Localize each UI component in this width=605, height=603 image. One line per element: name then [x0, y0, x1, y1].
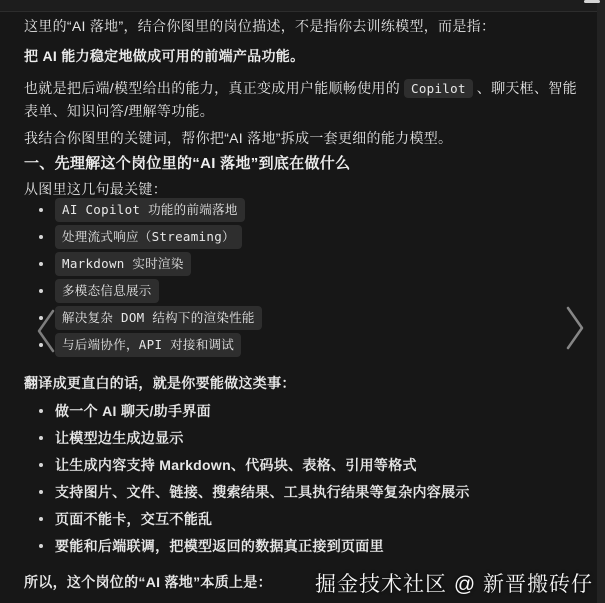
paragraph-transition: 我结合你图里的关键词，帮你把“AI 落地”拆成一套更细的能力模型。: [24, 127, 591, 150]
list-item: 处理流式响应（Streaming）: [24, 225, 591, 249]
list-item-text: 让模型边生成边显示: [55, 428, 184, 448]
list-item-text: 要能和后端联调，把模型返回的数据真正接到页面里: [55, 536, 384, 556]
right-panel-edge: [597, 0, 605, 603]
inline-code-item: Markdown 实时渲染: [55, 252, 191, 276]
inline-code-item: AI Copilot 功能的前端落地: [55, 198, 245, 222]
bullet-dot-icon: [39, 235, 43, 239]
chevron-left-icon: [35, 308, 57, 354]
top-divider-bar: [0, 0, 605, 12]
list-item: 要能和后端联调，把模型返回的数据真正接到页面里: [24, 536, 591, 556]
scrollbar-thumb[interactable]: [584, 0, 600, 3]
bullet-dot-icon: [39, 262, 43, 266]
list-item: Markdown 实时渲染: [24, 252, 591, 276]
list-item: AI Copilot 功能的前端落地: [24, 198, 591, 222]
bullet-dot-icon: [39, 289, 43, 293]
next-arrow-button[interactable]: [562, 303, 588, 353]
watermark: 掘金技术社区 @ 新晋搬砖仔: [315, 568, 593, 598]
list-item-text: 让生成内容支持 Markdown、代码块、表格、引用等格式: [55, 455, 417, 475]
bullet-dot-icon: [39, 409, 43, 413]
list-item: 做一个 AI 聊天/助手界面: [24, 401, 591, 421]
list-item-text: 支持图片、文件、链接、搜索结果、工具执行结果等复杂内容展示: [55, 482, 470, 502]
section-heading: 一、先理解这个岗位里的“AI 落地”到底在做什么: [24, 152, 591, 175]
list-item-text: 做一个 AI 聊天/助手界面: [55, 401, 211, 421]
list-item: 让模型边生成边显示: [24, 428, 591, 448]
chat-response-screenshot: { "page": { "background": "#171717", "to…: [0, 0, 605, 603]
paragraph-explanation: 也就是把后端/模型给出的能力，真正变成用户能顺畅使用的Copilot、聊天框、智…: [24, 77, 591, 123]
paragraph-intro: 这里的“AI 落地”，结合你图里的岗位描述，不是指你去训练模型，而是指：: [24, 15, 591, 38]
inline-code-item: 多模态信息展示: [55, 279, 159, 303]
inline-code-item: 与后端协作，API 对接和调试: [55, 333, 241, 357]
list-item: 让生成内容支持 Markdown、代码块、表格、引用等格式: [24, 455, 591, 475]
inline-code-item: 处理流式响应（Streaming）: [55, 225, 242, 249]
explanation-text-pre: 也就是把后端/模型给出的能力，真正变成用户能顺畅使用的: [24, 80, 400, 96]
bullet-dot-icon: [39, 490, 43, 494]
bullet-dot-icon: [39, 463, 43, 467]
bullet-dot-icon: [39, 517, 43, 521]
paragraph-plain-words: 翻译成更直白的话，就是你要能做这类事：: [24, 372, 591, 395]
list-item: 与后端协作，API 对接和调试: [24, 333, 591, 357]
paragraph-key-statement: 把 AI 能力稳定地做成可用的前端产品功能。: [24, 45, 591, 68]
list-item-text: 页面不能卡，交互不能乱: [55, 509, 212, 529]
list-item: 解决复杂 DOM 结构下的渲染性能: [24, 306, 591, 330]
bullet-dot-icon: [39, 436, 43, 440]
inline-code-copilot: Copilot: [404, 79, 473, 98]
list-item: 支持图片、文件、链接、搜索结果、工具执行结果等复杂内容展示: [24, 482, 591, 502]
list-item: 页面不能卡，交互不能乱: [24, 509, 591, 529]
bullet-dot-icon: [39, 208, 43, 212]
bullet-dot-icon: [39, 544, 43, 548]
prev-arrow-button[interactable]: [33, 306, 59, 356]
list-item: 多模态信息展示: [24, 279, 591, 303]
inline-code-item: 解决复杂 DOM 结构下的渲染性能: [55, 306, 262, 330]
chevron-right-icon: [564, 305, 586, 351]
